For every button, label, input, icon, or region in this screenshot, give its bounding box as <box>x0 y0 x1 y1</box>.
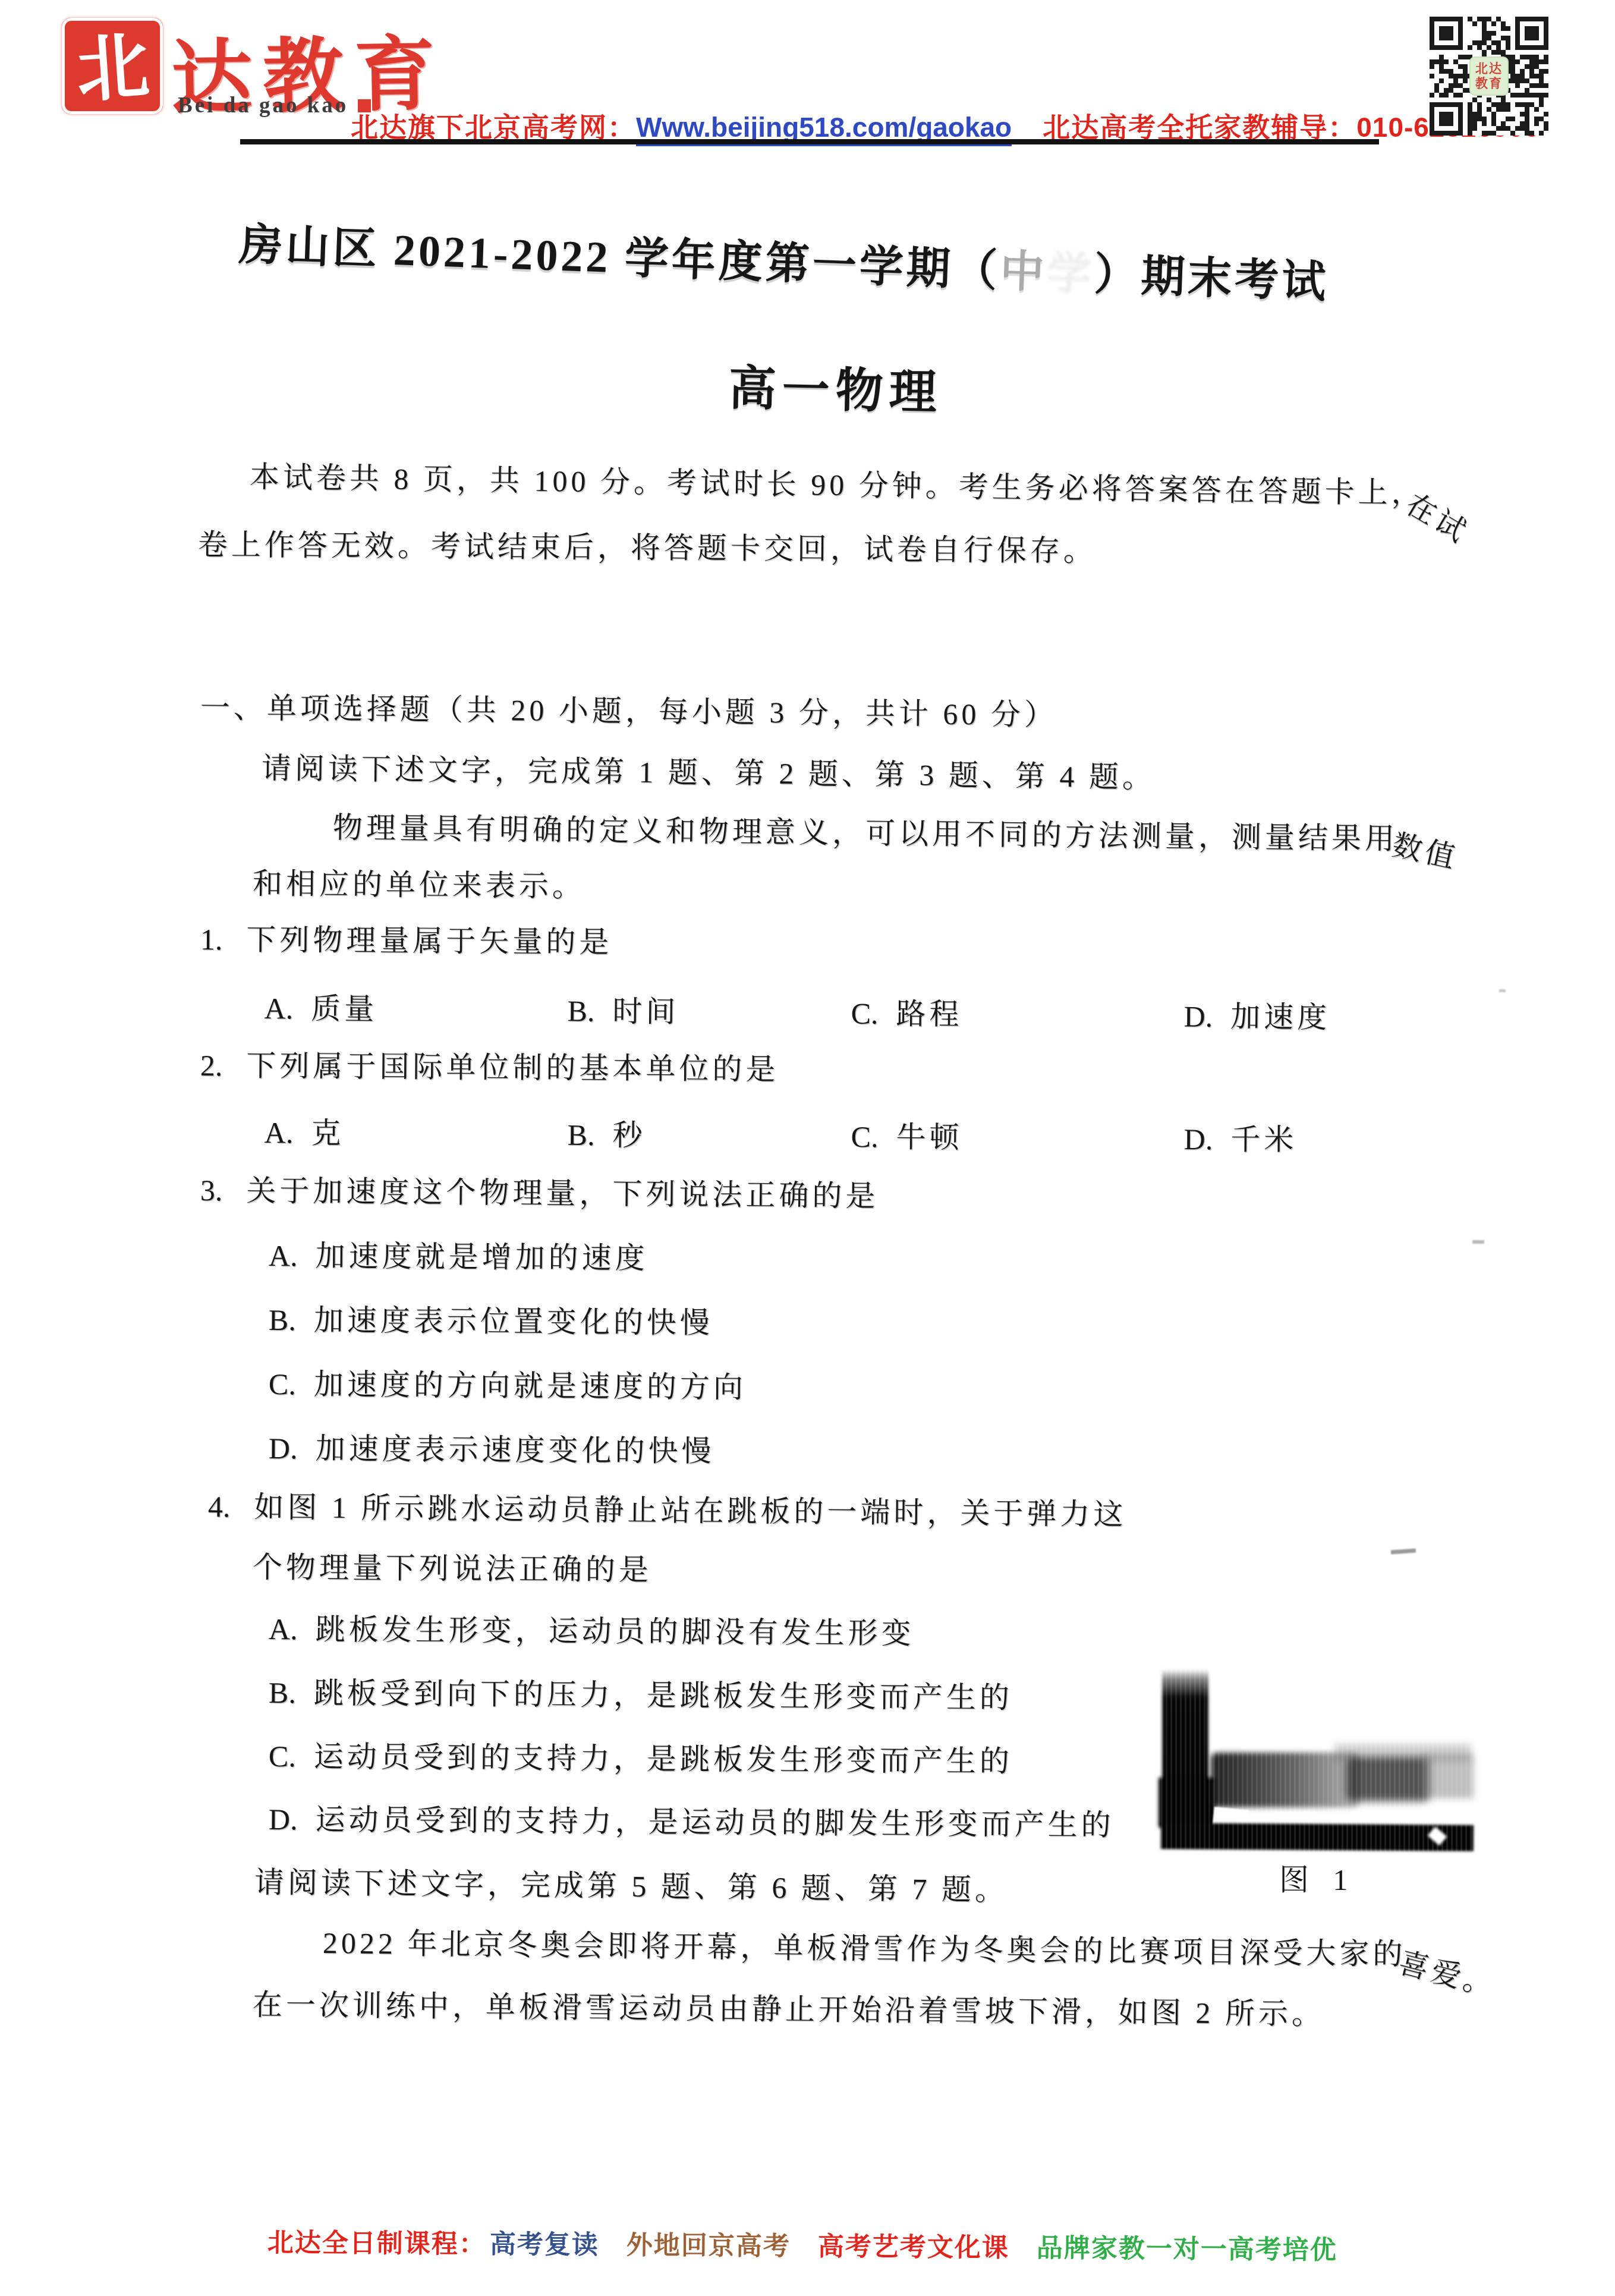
option-c: C.路程 <box>851 989 962 1033</box>
question-number: 1. <box>200 922 223 957</box>
read-prompt-1: 请阅读下述文字，完成第 1 题、第 2 题、第 3 题、第 4 题。 <box>262 744 1156 797</box>
question-3-option-a: A.加速度就是增加的速度 <box>269 1232 648 1277</box>
question-2-options: A.克 B.秒 C.牛顿 D.千米 <box>0 1107 1615 1118</box>
question-4-stem-line2: 个物理量下列说法正确的是 <box>253 1543 652 1589</box>
tutor-label: 北达高考全托家教辅导： <box>1043 112 1356 143</box>
platform-base <box>1158 1778 1216 1828</box>
option-d: D.千米 <box>1183 1115 1297 1159</box>
question-4-option-a: A.跳板发生形变，运动员的脚没有发生形变 <box>269 1605 915 1653</box>
intro-line-1: 本试卷共 8 页，共 100 分。考试时长 90 分钟。考生务必将答案答在答题卡… <box>249 453 1491 513</box>
option-b: B.秒 <box>567 1111 646 1155</box>
exam-title: 房山区 2021-2022 学年度第一学期（中学）期末考试 <box>238 209 1330 310</box>
passage2-line-2: 在一次训练中，单板滑雪运动员由静止开始沿着雪坡下滑，如图 2 所示。 <box>253 1981 1326 2033</box>
diving-platform <box>1162 1669 1208 1828</box>
question-number: 2. <box>200 1048 223 1083</box>
footer-courses-line: 北达全日制课程：高考复读外地回京高考高考艺考文化课品牌家教一对一高考培优 <box>267 2221 1365 2267</box>
photo-smudge <box>1211 1753 1359 1807</box>
option-a: A.质量 <box>264 985 377 1029</box>
skewed-scan-text: 喜爱。 <box>1394 1939 1502 2005</box>
site-label: 北达旗下北京高考网： <box>351 112 636 143</box>
section-heading: 一、单项选择题（共 20 小题，每小题 3 分，共计 60 分） <box>200 684 1058 734</box>
figure-1-caption: 图 1 <box>1279 1856 1356 1899</box>
question-4-option-d: D.运动员受到的支持力，是运动员的脚发生形变而产生的 <box>269 1795 1115 1844</box>
option-d: D.加速度 <box>1183 992 1330 1036</box>
faded-char: 学 <box>1046 249 1095 300</box>
intro-line-2: 卷上作答无效。考试结束后，将答题卡交回，试卷自行保存。 <box>198 521 1097 570</box>
question-1-options: A.质量 B.时间 C.路程 D.加速度 <box>0 982 1615 996</box>
passage2-line-1: 2022 年北京冬奥会即将开幕，单板滑雪作为冬奥会的比赛项目深受大家的喜爱。 <box>323 1919 1506 1974</box>
seal-character: 北 <box>73 7 152 116</box>
question-3-stem: 3.关于加速度这个物理量，下列说法正确的是 <box>200 1166 879 1215</box>
photo-highlight <box>1428 1826 1447 1845</box>
qr-center-badge: 北达 教育 <box>1469 56 1509 96</box>
question-4-option-b: B.跳板受到向下的压力，是跳板发生形变而产生的 <box>269 1669 1013 1717</box>
question-3-option-b: B.加速度表示位置变化的快慢 <box>269 1296 713 1342</box>
passage1-line-2: 和相应的单位来表示。 <box>253 860 586 905</box>
subject-title: 高一物理 <box>728 350 943 423</box>
footer-item: 外地回京高考 <box>627 2231 791 2261</box>
footer-label: 北达全日制课程： <box>267 2228 486 2259</box>
diver-silhouette <box>1212 1807 1248 1830</box>
question-3-option-d: D.加速度表示速度变化的快慢 <box>269 1424 715 1470</box>
option-a: A.克 <box>264 1109 344 1152</box>
footer-item: 高考艺考文化课 <box>818 2232 1009 2262</box>
footer-item: 高考复读 <box>490 2230 599 2260</box>
exam-paper-page: 北 达教育 Bei da gao kao 北达旗下北京高考网：Www.beiji… <box>0 0 1615 2296</box>
question-number: 3. <box>200 1173 223 1207</box>
photo-smudge <box>1422 1754 1474 1798</box>
passage1-line-1: 物理量具有明确的定义和物理意义，可以用不同的方法测量，测量结果用数值 <box>333 804 1465 858</box>
question-4-stem-line1: 4.如图 1 所示跳水运动员静止站在跳板的一端时，关于弹力这 <box>208 1483 1127 1533</box>
header-divider <box>240 139 1379 144</box>
read-prompt-2: 请阅读下述文字，完成第 5 题、第 6 题、第 7 题。 <box>254 1858 1009 1909</box>
scan-artifact <box>1391 1549 1416 1555</box>
question-2-stem: 2.下列属于国际单位制的基本单位的是 <box>200 1042 779 1089</box>
option-b: B.时间 <box>567 987 679 1031</box>
beida-seal-logo: 北 <box>62 18 163 114</box>
option-c: C.牛顿 <box>851 1113 962 1156</box>
question-1-stem: 1.下列物理量属于矢量的是 <box>200 916 613 961</box>
question-3-option-c: C.加速度的方向就是速度的方向 <box>269 1360 747 1407</box>
photo-smudge <box>1346 1757 1430 1801</box>
faded-char: 中 <box>999 247 1048 298</box>
scan-artifact <box>1472 1240 1484 1244</box>
brand-pinyin: Bei da gao kao <box>178 93 371 118</box>
question-4-option-c: C.运动员受到的支持力，是跳板发生形变而产生的 <box>269 1732 1013 1781</box>
qr-code: 北达 教育 <box>1430 17 1548 136</box>
scan-artifact <box>1499 989 1506 992</box>
photo-smudge <box>1334 1744 1471 1762</box>
footer-item: 品牌家教一对一高考培优 <box>1037 2234 1337 2265</box>
question-number: 4. <box>208 1489 231 1524</box>
skewed-scan-text: 数值 <box>1389 821 1463 877</box>
diving-board <box>1161 1823 1474 1851</box>
figure-1-photo <box>1156 1635 1477 1852</box>
